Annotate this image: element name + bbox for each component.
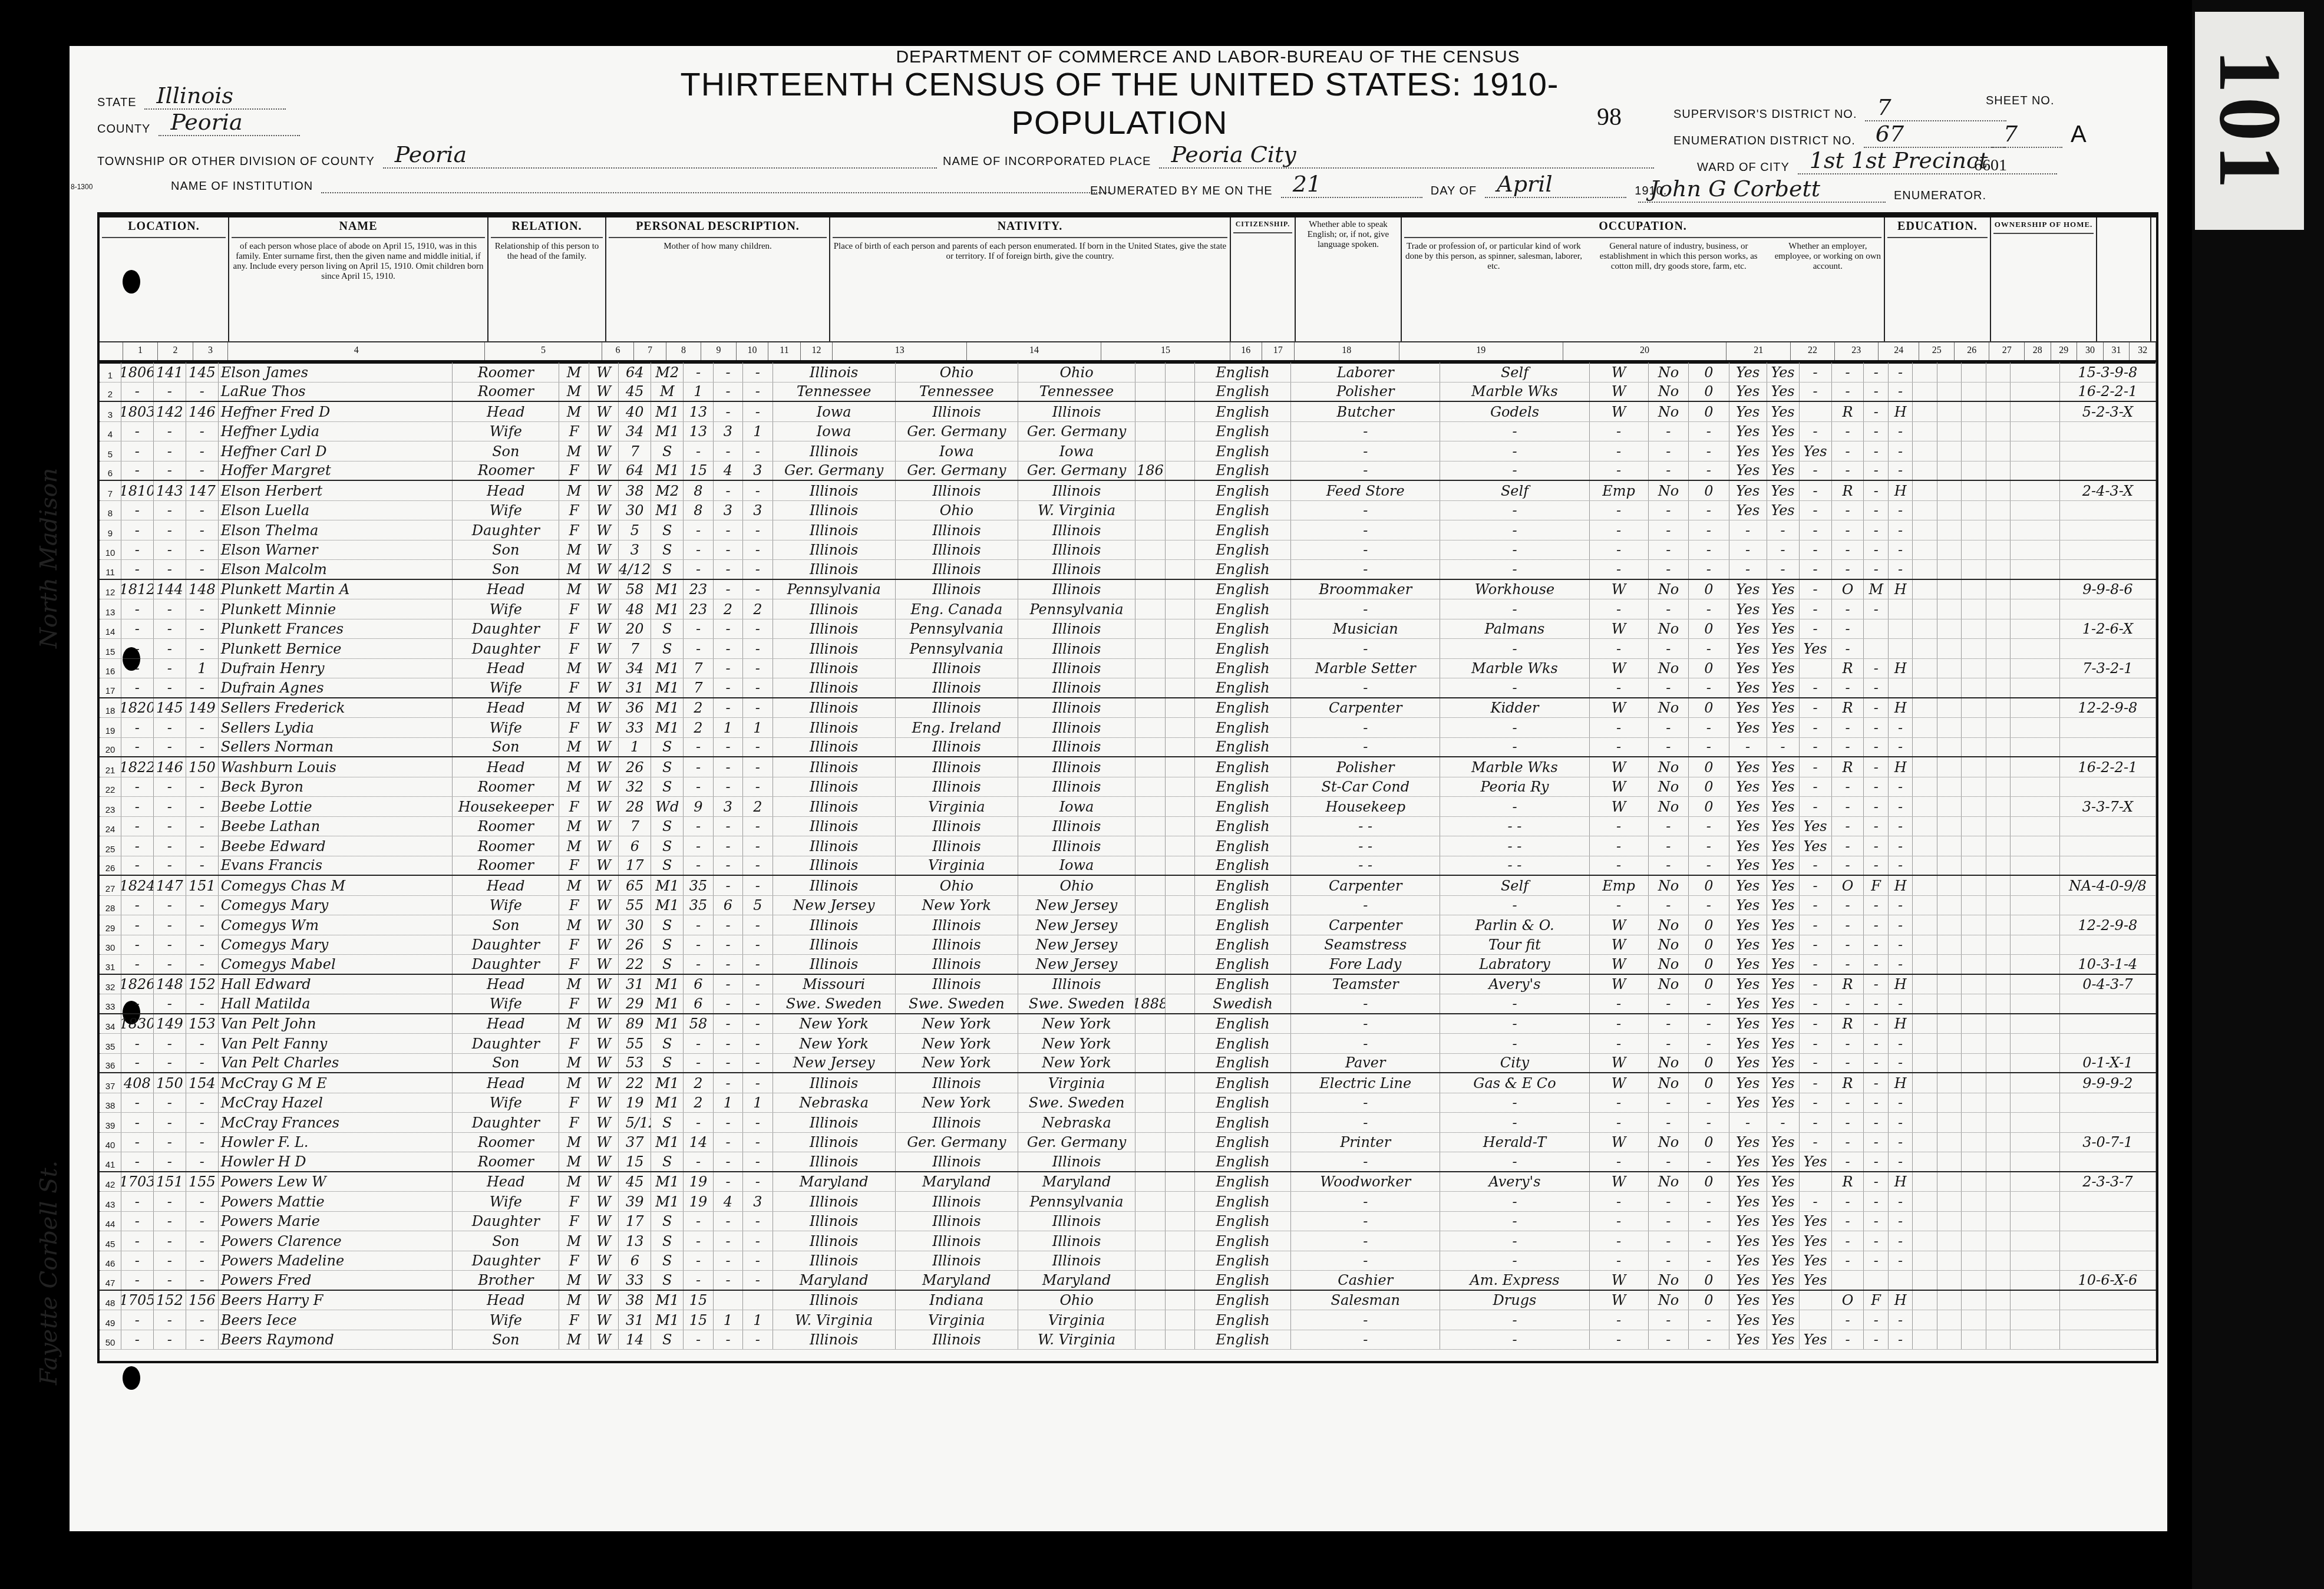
cell-citizenship-year bbox=[1135, 362, 1165, 382]
table-row: 271824147151Comegys Chas MHeadMW65M135--… bbox=[100, 876, 2156, 896]
cell-sex: M bbox=[559, 1133, 589, 1152]
cell-write: Yes bbox=[1767, 383, 1800, 401]
cell-sex: M bbox=[559, 757, 589, 777]
cell-employer: W bbox=[1590, 659, 1649, 678]
cell-living: - bbox=[743, 1034, 773, 1053]
cell-language: English bbox=[1195, 1093, 1291, 1113]
cell-weeks-out: 0 bbox=[1689, 1133, 1729, 1152]
cell-blank bbox=[1986, 1054, 2011, 1073]
cell-birth-person: Illinois bbox=[773, 639, 896, 658]
cell-blank bbox=[1937, 797, 1962, 816]
cell-language: English bbox=[1195, 362, 1291, 382]
cell-birth-father: Ger. Germany bbox=[896, 422, 1018, 441]
cell-birth-father: Illinois bbox=[896, 1113, 1018, 1132]
incorporated-place-field: NAME OF INCORPORATED PLACE Peoria City bbox=[943, 141, 1654, 169]
line-number: 17 bbox=[100, 678, 121, 697]
cell-name: Plunkett Frances bbox=[219, 619, 453, 639]
cell-school: - bbox=[1800, 738, 1832, 757]
cell-sex: F bbox=[559, 1310, 589, 1330]
cell-marital: M1 bbox=[651, 599, 684, 619]
table-row: 15---Plunkett BerniceDaughterFW7S---Illi… bbox=[100, 639, 2156, 659]
cell-weeks-out: 0 bbox=[1689, 935, 1729, 955]
cell-years-married: - bbox=[684, 1271, 713, 1290]
cell-family: - bbox=[186, 599, 219, 619]
cell-age: 48 bbox=[619, 599, 651, 619]
cell-sex: F bbox=[559, 1113, 589, 1132]
cell-write: - bbox=[1767, 738, 1800, 757]
cell-weeks-out: - bbox=[1689, 856, 1729, 875]
cell-birth-mother: Illinois bbox=[1018, 402, 1135, 421]
line-number: 33 bbox=[100, 994, 121, 1013]
cell-house: 1803 bbox=[121, 402, 154, 421]
cell-citizenship-year bbox=[1135, 797, 1165, 816]
cell-notes: 7-3-2-1 bbox=[2060, 659, 2156, 678]
cell-sex: F bbox=[559, 461, 589, 480]
cell-free: - bbox=[1864, 560, 1888, 579]
cell-industry: Marble Wks bbox=[1440, 757, 1589, 777]
cell-birth-mother: Iowa bbox=[1018, 856, 1135, 875]
cell-years-married: 13 bbox=[684, 402, 713, 421]
cell-house: - bbox=[121, 777, 154, 797]
cell-relation: Wife bbox=[453, 1192, 559, 1211]
cell-citizenship-year bbox=[1135, 1034, 1165, 1053]
cell-birth-person: Illinois bbox=[773, 777, 896, 797]
line-number: 11 bbox=[100, 560, 121, 579]
cell-trade: - bbox=[1291, 1014, 1440, 1034]
cell-read: Yes bbox=[1729, 481, 1767, 500]
cell-living: - bbox=[743, 678, 773, 697]
cell-industry: - bbox=[1440, 422, 1589, 441]
cell-farm: - bbox=[1889, 1212, 1913, 1231]
cell-blank bbox=[1937, 876, 1962, 895]
cell-notes bbox=[2060, 1093, 2156, 1113]
cell-school: - bbox=[1800, 856, 1832, 875]
cell-sex: M bbox=[559, 817, 589, 836]
cell-school: - bbox=[1800, 1093, 1832, 1113]
cell-citizenship-year bbox=[1135, 777, 1165, 797]
cell-notes: 5-2-3-X bbox=[2060, 402, 2156, 421]
cell-write: Yes bbox=[1767, 777, 1800, 797]
cell-blank bbox=[1986, 1212, 2011, 1231]
cell-blank bbox=[1962, 718, 1986, 737]
cell-language: English bbox=[1195, 836, 1291, 856]
line-number: 45 bbox=[100, 1231, 121, 1251]
cell-free: - bbox=[1864, 975, 1888, 994]
cell-weeks-out: 0 bbox=[1689, 1271, 1729, 1290]
cell-house: - bbox=[121, 520, 154, 540]
enumeration-date-field: ENUMERATED BY ME ON THE 21 DAY OF April … bbox=[1090, 171, 1667, 198]
cell-marital: S bbox=[651, 1330, 684, 1350]
cell-blank bbox=[1166, 1251, 1195, 1271]
cell-blank bbox=[1962, 659, 1986, 678]
cell-citizenship-year bbox=[1135, 619, 1165, 639]
cell-birth-mother: Illinois bbox=[1018, 698, 1135, 718]
cell-marital: S bbox=[651, 1054, 684, 1073]
cell-sex: M bbox=[559, 362, 589, 382]
cell-blank bbox=[1962, 1054, 1986, 1073]
cell-age: 29 bbox=[619, 994, 651, 1013]
cell-weeks-out: 0 bbox=[1689, 797, 1729, 816]
cell-read: Yes bbox=[1729, 797, 1767, 816]
cell-relation: Head bbox=[453, 659, 559, 678]
cell-school: - bbox=[1800, 383, 1832, 401]
line-number: 19 bbox=[100, 718, 121, 737]
cell-industry: Avery's bbox=[1440, 975, 1589, 994]
table-row: 38---McCray HazelWifeFW19M1211NebraskaNe… bbox=[100, 1093, 2156, 1113]
cell-trade: Fore Lady bbox=[1291, 955, 1440, 974]
cell-language: English bbox=[1195, 935, 1291, 955]
cell-years-married: - bbox=[684, 856, 713, 875]
cell-blank bbox=[1962, 856, 1986, 875]
cell-birth-mother: Illinois bbox=[1018, 1231, 1135, 1251]
cell-blank bbox=[1962, 501, 1986, 520]
cell-born: - bbox=[714, 856, 743, 875]
cell-name: Beers Harry F bbox=[219, 1291, 453, 1310]
cell-birth-father: Illinois bbox=[896, 1231, 1018, 1251]
cell-farm bbox=[1889, 639, 1913, 658]
cell-blank bbox=[1913, 777, 1937, 797]
cell-family: - bbox=[186, 1251, 219, 1271]
cell-out-of-work: No bbox=[1649, 580, 1689, 599]
cell-blank bbox=[1986, 935, 2011, 955]
header-location: LOCATION. bbox=[100, 217, 229, 341]
cell-blank bbox=[1986, 698, 2011, 718]
cell-dwelling: - bbox=[154, 1113, 186, 1132]
cell-born: - bbox=[714, 560, 743, 579]
cell-free: - bbox=[1864, 501, 1888, 520]
cell-out-of-work: - bbox=[1649, 1034, 1689, 1053]
line-number: 50 bbox=[100, 1330, 121, 1350]
table-row: 17---Dufrain AgnesWifeFW31M17--IllinoisI… bbox=[100, 678, 2156, 698]
cell-write: Yes bbox=[1767, 1073, 1800, 1093]
cell-race: W bbox=[589, 520, 619, 540]
cell-school bbox=[1800, 659, 1832, 678]
column-number: 30 bbox=[2077, 342, 2104, 360]
cell-dwelling: - bbox=[154, 1310, 186, 1330]
cell-sex: M bbox=[559, 1172, 589, 1192]
cell-notes: 3-0-7-1 bbox=[2060, 1133, 2156, 1152]
cell-years-married: 23 bbox=[684, 599, 713, 619]
cell-marital: M1 bbox=[651, 678, 684, 697]
cell-weeks-out: - bbox=[1689, 461, 1729, 480]
table-row: 211822146150Washburn LouisHeadMW26S---Il… bbox=[100, 757, 2156, 777]
cell-age: 14 bbox=[619, 1330, 651, 1350]
cell-out-of-work: - bbox=[1649, 422, 1689, 441]
cell-years-married: 8 bbox=[684, 501, 713, 520]
cell-blank bbox=[1166, 1172, 1195, 1192]
stamp-number: 6601 bbox=[1974, 156, 2007, 175]
cell-employer: W bbox=[1590, 915, 1649, 935]
cell-dwelling: 145 bbox=[154, 698, 186, 718]
line-number: 31 bbox=[100, 955, 121, 974]
cell-blank bbox=[1937, 777, 1962, 797]
cell-family: 155 bbox=[186, 1172, 219, 1192]
cell-farm: - bbox=[1889, 994, 1913, 1013]
cell-farm bbox=[1889, 1271, 1913, 1290]
cell-notes bbox=[2060, 639, 2156, 658]
cell-family: - bbox=[186, 738, 219, 757]
cell-birth-father: Eng. Canada bbox=[896, 599, 1018, 619]
cell-citizenship-year bbox=[1135, 520, 1165, 540]
cell-blank bbox=[1913, 1310, 1937, 1330]
line-number: 12 bbox=[100, 580, 121, 599]
cell-blank bbox=[1937, 560, 1962, 579]
cell-years-married: - bbox=[684, 1113, 713, 1132]
cell-family: 156 bbox=[186, 1291, 219, 1310]
cell-farm: H bbox=[1889, 580, 1913, 599]
cell-notes bbox=[2060, 1034, 2156, 1053]
cell-dwelling: - bbox=[154, 1251, 186, 1271]
cell-blank bbox=[1166, 501, 1195, 520]
cell-sex: F bbox=[559, 955, 589, 974]
cell-birth-person: Nebraska bbox=[773, 1093, 896, 1113]
cell-race: W bbox=[589, 836, 619, 856]
cell-blank bbox=[1937, 619, 1962, 639]
cell-blank bbox=[1962, 1212, 1986, 1231]
cell-living: - bbox=[743, 619, 773, 639]
cell-trade: Housekeep bbox=[1291, 797, 1440, 816]
cell-free: - bbox=[1864, 1093, 1888, 1113]
cell-born: - bbox=[714, 580, 743, 599]
cell-blank bbox=[1913, 1034, 1937, 1053]
cell-blank bbox=[1937, 520, 1962, 540]
cell-owned: R bbox=[1832, 1172, 1864, 1192]
cell-relation: Daughter bbox=[453, 935, 559, 955]
cell-read: Yes bbox=[1729, 876, 1767, 895]
cell-school: Yes bbox=[1800, 1251, 1832, 1271]
cell-blank bbox=[1166, 441, 1195, 461]
cell-blank bbox=[1962, 1172, 1986, 1192]
table-row: 181820145149Sellers FrederickHeadMW36M12… bbox=[100, 698, 2156, 718]
cell-name: Elson Warner bbox=[219, 540, 453, 560]
cell-weeks-out: - bbox=[1689, 520, 1729, 540]
cell-name: Sellers Lydia bbox=[219, 718, 453, 737]
cell-name: Elson James bbox=[219, 362, 453, 382]
cell-blank bbox=[1913, 1073, 1937, 1093]
cell-blank bbox=[1937, 817, 1962, 836]
cell-race: W bbox=[589, 481, 619, 500]
cell-blank bbox=[2011, 1172, 2060, 1192]
cell-living: - bbox=[743, 1330, 773, 1350]
cell-language: English bbox=[1195, 619, 1291, 639]
cell-marital: S bbox=[651, 738, 684, 757]
cell-language: English bbox=[1195, 1310, 1291, 1330]
cell-birth-person: Swe. Sweden bbox=[773, 994, 896, 1013]
cell-language: English bbox=[1195, 1251, 1291, 1271]
cell-blank bbox=[1986, 1251, 2011, 1271]
cell-years-married: 58 bbox=[684, 1014, 713, 1034]
cell-relation: Head bbox=[453, 1291, 559, 1310]
cell-blank bbox=[1166, 1271, 1195, 1290]
cell-free: - bbox=[1864, 1212, 1888, 1231]
cell-race: W bbox=[589, 994, 619, 1013]
cell-living: - bbox=[743, 659, 773, 678]
cell-years-married: 35 bbox=[684, 896, 713, 915]
cell-trade: Teamster bbox=[1291, 975, 1440, 994]
cell-birth-father: Ger. Germany bbox=[896, 1133, 1018, 1152]
cell-living: - bbox=[743, 383, 773, 401]
cell-school bbox=[1800, 1291, 1832, 1310]
cell-birth-mother: Illinois bbox=[1018, 481, 1135, 500]
cell-family: - bbox=[186, 520, 219, 540]
cell-industry: Tour fit bbox=[1440, 935, 1589, 955]
cell-blank bbox=[1913, 619, 1937, 639]
column-number: 29 bbox=[2051, 342, 2078, 360]
cell-birth-person: Maryland bbox=[773, 1271, 896, 1290]
cell-blank bbox=[1962, 1034, 1986, 1053]
cell-owned: - bbox=[1832, 441, 1864, 461]
cell-birth-mother: Ohio bbox=[1018, 876, 1135, 895]
cell-industry: - bbox=[1440, 1251, 1589, 1271]
cell-employer: W bbox=[1590, 619, 1649, 639]
cell-house: - bbox=[121, 738, 154, 757]
reel-label: 101 bbox=[2195, 12, 2304, 230]
cell-marital: M1 bbox=[651, 975, 684, 994]
cell-living: - bbox=[743, 994, 773, 1013]
cell-free: - bbox=[1864, 836, 1888, 856]
cell-relation: Head bbox=[453, 481, 559, 500]
cell-dwelling: - bbox=[154, 777, 186, 797]
cell-dwelling: - bbox=[154, 1192, 186, 1211]
table-row: 4---Heffner LydiaWifeFW34M11331IowaGer. … bbox=[100, 422, 2156, 442]
cell-relation: Son bbox=[453, 560, 559, 579]
cell-birth-father: Swe. Sweden bbox=[896, 994, 1018, 1013]
cell-owned: - bbox=[1832, 501, 1864, 520]
cell-weeks-out: - bbox=[1689, 1192, 1729, 1211]
cell-sex: M bbox=[559, 383, 589, 401]
cell-employer: W bbox=[1590, 1291, 1649, 1310]
cell-marital: S bbox=[651, 955, 684, 974]
cell-dwelling: - bbox=[154, 560, 186, 579]
cell-write: Yes bbox=[1767, 659, 1800, 678]
cell-notes: 0-4-3-7 bbox=[2060, 975, 2156, 994]
cell-blank bbox=[1986, 975, 2011, 994]
cell-owned: R bbox=[1832, 698, 1864, 718]
cell-farm: - bbox=[1889, 1330, 1913, 1350]
cell-notes: 16-2-2-1 bbox=[2060, 383, 2156, 401]
column-number: 17 bbox=[1262, 342, 1295, 360]
cell-read: Yes bbox=[1729, 659, 1767, 678]
cell-blank bbox=[1937, 422, 1962, 441]
cell-name: Powers Clarence bbox=[219, 1231, 453, 1251]
cell-blank bbox=[1913, 738, 1937, 757]
cell-notes bbox=[2060, 896, 2156, 915]
cell-blank bbox=[1986, 619, 2011, 639]
cell-out-of-work: - bbox=[1649, 1152, 1689, 1171]
cell-blank bbox=[2011, 757, 2060, 777]
cell-blank bbox=[1166, 1054, 1195, 1073]
cell-years-married: - bbox=[684, 441, 713, 461]
cell-out-of-work: No bbox=[1649, 1133, 1689, 1152]
cell-school: - bbox=[1800, 461, 1832, 480]
cell-living: - bbox=[743, 441, 773, 461]
cell-race: W bbox=[589, 1192, 619, 1211]
cell-family: 152 bbox=[186, 975, 219, 994]
cell-trade: Electric Line bbox=[1291, 1073, 1440, 1093]
cell-blank bbox=[1937, 639, 1962, 658]
cell-notes: 0-1-X-1 bbox=[2060, 1054, 2156, 1073]
column-number: 4 bbox=[228, 342, 485, 360]
cell-living: - bbox=[743, 402, 773, 421]
cell-age: 20 bbox=[619, 619, 651, 639]
cell-blank bbox=[2011, 560, 2060, 579]
table-row: 31803142146Heffner Fred DHeadMW40M113--I… bbox=[100, 402, 2156, 422]
cell-dwelling: - bbox=[154, 678, 186, 697]
cell-born: - bbox=[714, 757, 743, 777]
cell-birth-father: Illinois bbox=[896, 659, 1018, 678]
cell-house: - bbox=[121, 994, 154, 1013]
cell-write: Yes bbox=[1767, 1251, 1800, 1271]
cell-sex: M bbox=[559, 481, 589, 500]
cell-notes: 9-9-8-6 bbox=[2060, 580, 2156, 599]
cell-owned: R bbox=[1832, 975, 1864, 994]
cell-family: - bbox=[186, 461, 219, 480]
cell-marital: M1 bbox=[651, 402, 684, 421]
cell-employer: - bbox=[1590, 1192, 1649, 1211]
cell-industry: - bbox=[1440, 1212, 1589, 1231]
cell-trade: - bbox=[1291, 461, 1440, 480]
cell-read: Yes bbox=[1729, 1192, 1767, 1211]
cell-blank bbox=[1166, 599, 1195, 619]
cell-weeks-out: - bbox=[1689, 896, 1729, 915]
column-number: 22 bbox=[1791, 342, 1834, 360]
cell-write: Yes bbox=[1767, 698, 1800, 718]
cell-farm: - bbox=[1889, 1152, 1913, 1171]
cell-farm: - bbox=[1889, 441, 1913, 461]
cell-living: 2 bbox=[743, 599, 773, 619]
cell-free: - bbox=[1864, 698, 1888, 718]
cell-relation: Son bbox=[453, 915, 559, 935]
cell-blank bbox=[1962, 1231, 1986, 1251]
cell-age: 4/12 bbox=[619, 560, 651, 579]
cell-blank bbox=[1986, 955, 2011, 974]
cell-blank bbox=[1937, 1034, 1962, 1053]
cell-blank bbox=[1986, 738, 2011, 757]
cell-trade: - bbox=[1291, 1212, 1440, 1231]
cell-house: - bbox=[121, 797, 154, 816]
cell-school: Yes bbox=[1800, 836, 1832, 856]
cell-free: - bbox=[1864, 520, 1888, 540]
cell-relation: Head bbox=[453, 1172, 559, 1192]
cell-out-of-work: - bbox=[1649, 738, 1689, 757]
cell-blank bbox=[1937, 441, 1962, 461]
cell-free: - bbox=[1864, 1133, 1888, 1152]
column-number: 13 bbox=[833, 342, 967, 360]
cell-trade: - bbox=[1291, 540, 1440, 560]
cell-relation: Daughter bbox=[453, 1212, 559, 1231]
cell-born: - bbox=[714, 520, 743, 540]
cell-living: - bbox=[743, 1073, 773, 1093]
cell-weeks-out: 0 bbox=[1689, 876, 1729, 895]
cell-sex: M bbox=[559, 1073, 589, 1093]
cell-name: Heffner Carl D bbox=[219, 441, 453, 461]
cell-sex: M bbox=[559, 580, 589, 599]
table-row: 11---Elson MalcolmSonMW4/12S---IllinoisI… bbox=[100, 560, 2156, 580]
cell-free: - bbox=[1864, 659, 1888, 678]
cell-birth-person: Illinois bbox=[773, 441, 896, 461]
cell-name: Beebe Edward bbox=[219, 836, 453, 856]
cell-marital: M1 bbox=[651, 1291, 684, 1310]
cell-write: Yes bbox=[1767, 1192, 1800, 1211]
cell-age: 39 bbox=[619, 1192, 651, 1211]
cell-years-married: - bbox=[684, 1251, 713, 1271]
cell-employer: - bbox=[1590, 738, 1649, 757]
cell-notes bbox=[2060, 777, 2156, 797]
cell-living: 5 bbox=[743, 896, 773, 915]
cell-read: Yes bbox=[1729, 1212, 1767, 1231]
cell-years-married: - bbox=[684, 757, 713, 777]
cell-marital: M1 bbox=[651, 422, 684, 441]
